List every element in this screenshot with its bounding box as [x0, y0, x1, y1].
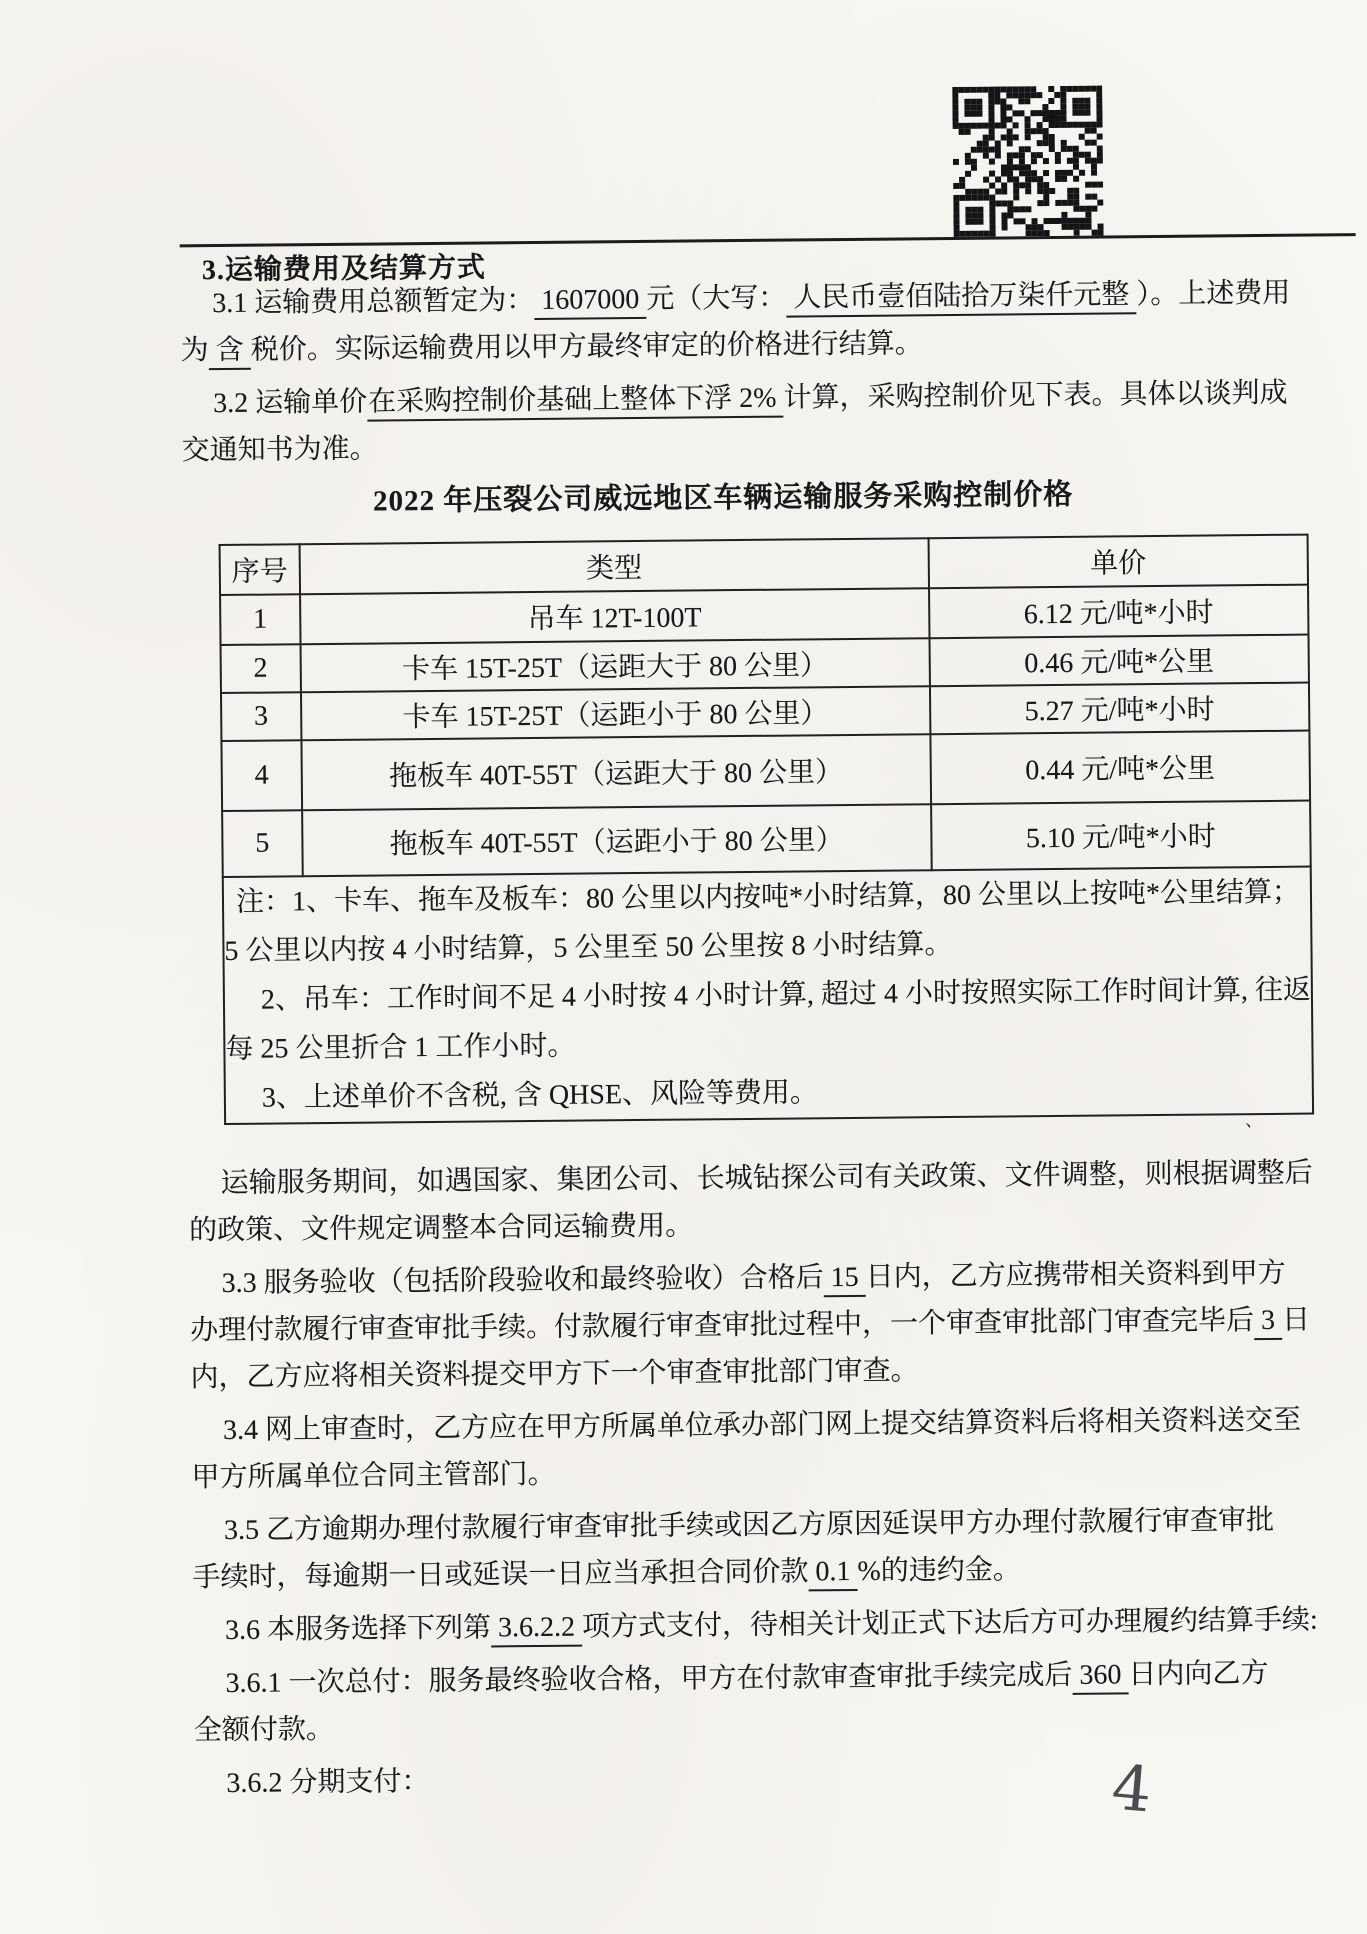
upper-paragraphs: 3.1 运输费用总额暂定为：1607000元（大写：人民币壹佰陆拾万柒仟元整）。…	[180, 269, 1362, 474]
handwritten-page-number: 4	[1109, 1750, 1155, 1826]
text-run: 手续时，每逾期一日或延误一日应当承担合同价款	[192, 1556, 808, 1593]
paragraph-3-4-line: 甲方所属单位合同主管部门。	[191, 1443, 1367, 1501]
cell-type: 卡车 15T-25T（运距小于 80 公里）	[301, 686, 931, 740]
cell-type: 卡车 15T-25T（运距大于 80 公里）	[300, 638, 930, 692]
text-run: 3.6 本服务选择下列第	[225, 1612, 491, 1646]
text-run: 3.2 运输单价	[213, 387, 367, 419]
text-run: 元（大写：	[646, 283, 786, 315]
text-run: 日	[1282, 1305, 1310, 1336]
text-run: 3.3 服务验收（包括阶段验收和最终验收）合格后	[222, 1262, 824, 1299]
text-run: ）。上述费用	[1136, 278, 1290, 310]
paragraph-3-6-line: 3.6 本服务选择下列第3.6.2.2项方式支付，待相关计划正式下达后方可办理履…	[193, 1596, 1367, 1654]
scan-artifact: 、	[1250, 1144, 1267, 1169]
paragraph-3-1-line: 为含税价。实际运输费用以甲方最终审定的价格进行结算。	[180, 316, 1360, 374]
scan-artifact: 、	[1245, 1106, 1262, 1131]
scanned-contract-page: 3.运输费用及结算方式 3.1 运输费用总额暂定为：1607000元（大写：人民…	[0, 0, 1367, 1934]
text-run: 3.6.1 一次总付：服务最终验收合格，甲方在付款审查审批手续完成后	[225, 1660, 1072, 1699]
price-table-title: 2022 年压裂公司威远地区车辆运输服务采购控制价格	[218, 470, 1228, 521]
cell-price: 6.12 元/吨*小时	[929, 585, 1309, 639]
paragraph-3-2-line: 交通知书为准。	[181, 416, 1361, 474]
cell-type: 吊车 12T-100T	[300, 588, 930, 644]
lower-paragraphs: 运输服务期间，如遇国家、集团公司、长城钻探公司有关政策、文件调整，则根据调整后 …	[188, 1149, 1367, 1807]
cell-no: 5	[222, 810, 302, 877]
text-run: %的违约金。	[857, 1554, 1021, 1587]
table-notes-row: 注：1、卡车、拖车及板车：80 公里以内按吨*小时结算，80 公里以上按吨*公里…	[223, 867, 1313, 1124]
underlined-discount-clause: 在采购控制价基础上整体下浮 2%	[367, 383, 784, 422]
table-notes-cell: 注：1、卡车、拖车及板车：80 公里以内按吨*小时结算，80 公里以上按吨*公里…	[223, 867, 1313, 1124]
table-row: 5 拖板车 40T-55T（运距小于 80 公里） 5.10 元/吨*小时	[222, 801, 1311, 877]
column-header-no: 序号	[220, 544, 300, 595]
top-divider-line	[180, 233, 1356, 247]
text-run: 办理付款履行审查审批手续。付款履行审查审批过程中，一个审查审批部门审查完毕后	[190, 1305, 1254, 1346]
underlined-tax-flag: 含	[209, 335, 251, 370]
text-run: 为	[181, 335, 209, 366]
text-run: 日内向乙方	[1128, 1658, 1268, 1690]
text-run: 计算，采购控制价见下表。具体以谈判成	[783, 378, 1287, 414]
text-run: 项方式支付，待相关计划正式下达后方可办理履约结算手续:	[582, 1605, 1318, 1643]
paragraph-3-5-line: 手续时，每逾期一日或延误一日应当承担合同价款0.1%的违约金。	[192, 1543, 1367, 1601]
paragraph-3-3-line: 内，乙方应将相关资料提交甲方下一个审查审批部门审查。	[190, 1343, 1367, 1401]
cell-no: 3	[221, 692, 301, 741]
text-run: 3.1 运输费用总额暂定为：	[212, 285, 534, 319]
cell-price: 0.44 元/吨*公里	[930, 731, 1310, 805]
underlined-amount-words: 人民币壹佰陆拾万柒仟元整	[786, 279, 1136, 317]
cell-price: 0.46 元/吨*公里	[929, 635, 1309, 687]
cell-no: 4	[221, 740, 301, 811]
underlined-days: 15	[824, 1262, 866, 1297]
underlined-days: 360	[1072, 1659, 1128, 1695]
paragraph-adjust-line: 的政策、文件规定调整本合同运输费用。	[189, 1196, 1367, 1254]
cell-type: 拖板车 40T-55T（运距小于 80 公里）	[302, 804, 932, 876]
paragraph-3-6-2-line: 3.6.2 分期支付：	[194, 1749, 1367, 1807]
scan-content: 3.运输费用及结算方式 3.1 运输费用总额暂定为：1607000元（大写：人民…	[0, 0, 1367, 1934]
cell-price: 5.27 元/吨*小时	[930, 683, 1310, 735]
qr-code-icon	[952, 86, 1103, 237]
cell-no: 1	[220, 594, 300, 645]
underlined-penalty-rate: 0.1	[808, 1556, 857, 1591]
column-header-type: 类型	[299, 538, 929, 594]
cell-price: 5.10 元/吨*小时	[931, 801, 1311, 871]
column-header-price: 单价	[928, 535, 1308, 589]
price-table: 序号 类型 单价 1 吊车 12T-100T 6.12 元/吨*小时 2 卡车 …	[219, 534, 1315, 1125]
note-line: 注：1、卡车、拖车及板车：80 公里以内按吨*小时结算，80 公里以上按吨*公里…	[224, 868, 1310, 927]
underlined-payment-option: 3.6.2.2	[491, 1612, 582, 1648]
text-run: 税价。实际运输费用以甲方最终审定的价格进行结算。	[251, 328, 923, 365]
text-run: 日内，乙方应携带相关资料到甲方	[865, 1258, 1285, 1293]
note-line: 3、上述单价不含税, 含 QHSE、风险等费用。	[226, 1064, 1312, 1123]
underlined-days: 3	[1254, 1305, 1282, 1340]
underlined-amount: 1607000	[534, 284, 646, 320]
note-line: 2、吊车：工作时间不足 4 小时按 4 小时计算, 超过 4 小时按照实际工作时…	[225, 966, 1311, 1025]
table-row: 4 拖板车 40T-55T（运距大于 80 公里） 0.44 元/吨*公里	[221, 731, 1310, 811]
cell-type: 拖板车 40T-55T（运距大于 80 公里）	[301, 734, 931, 810]
cell-no: 2	[221, 644, 301, 693]
